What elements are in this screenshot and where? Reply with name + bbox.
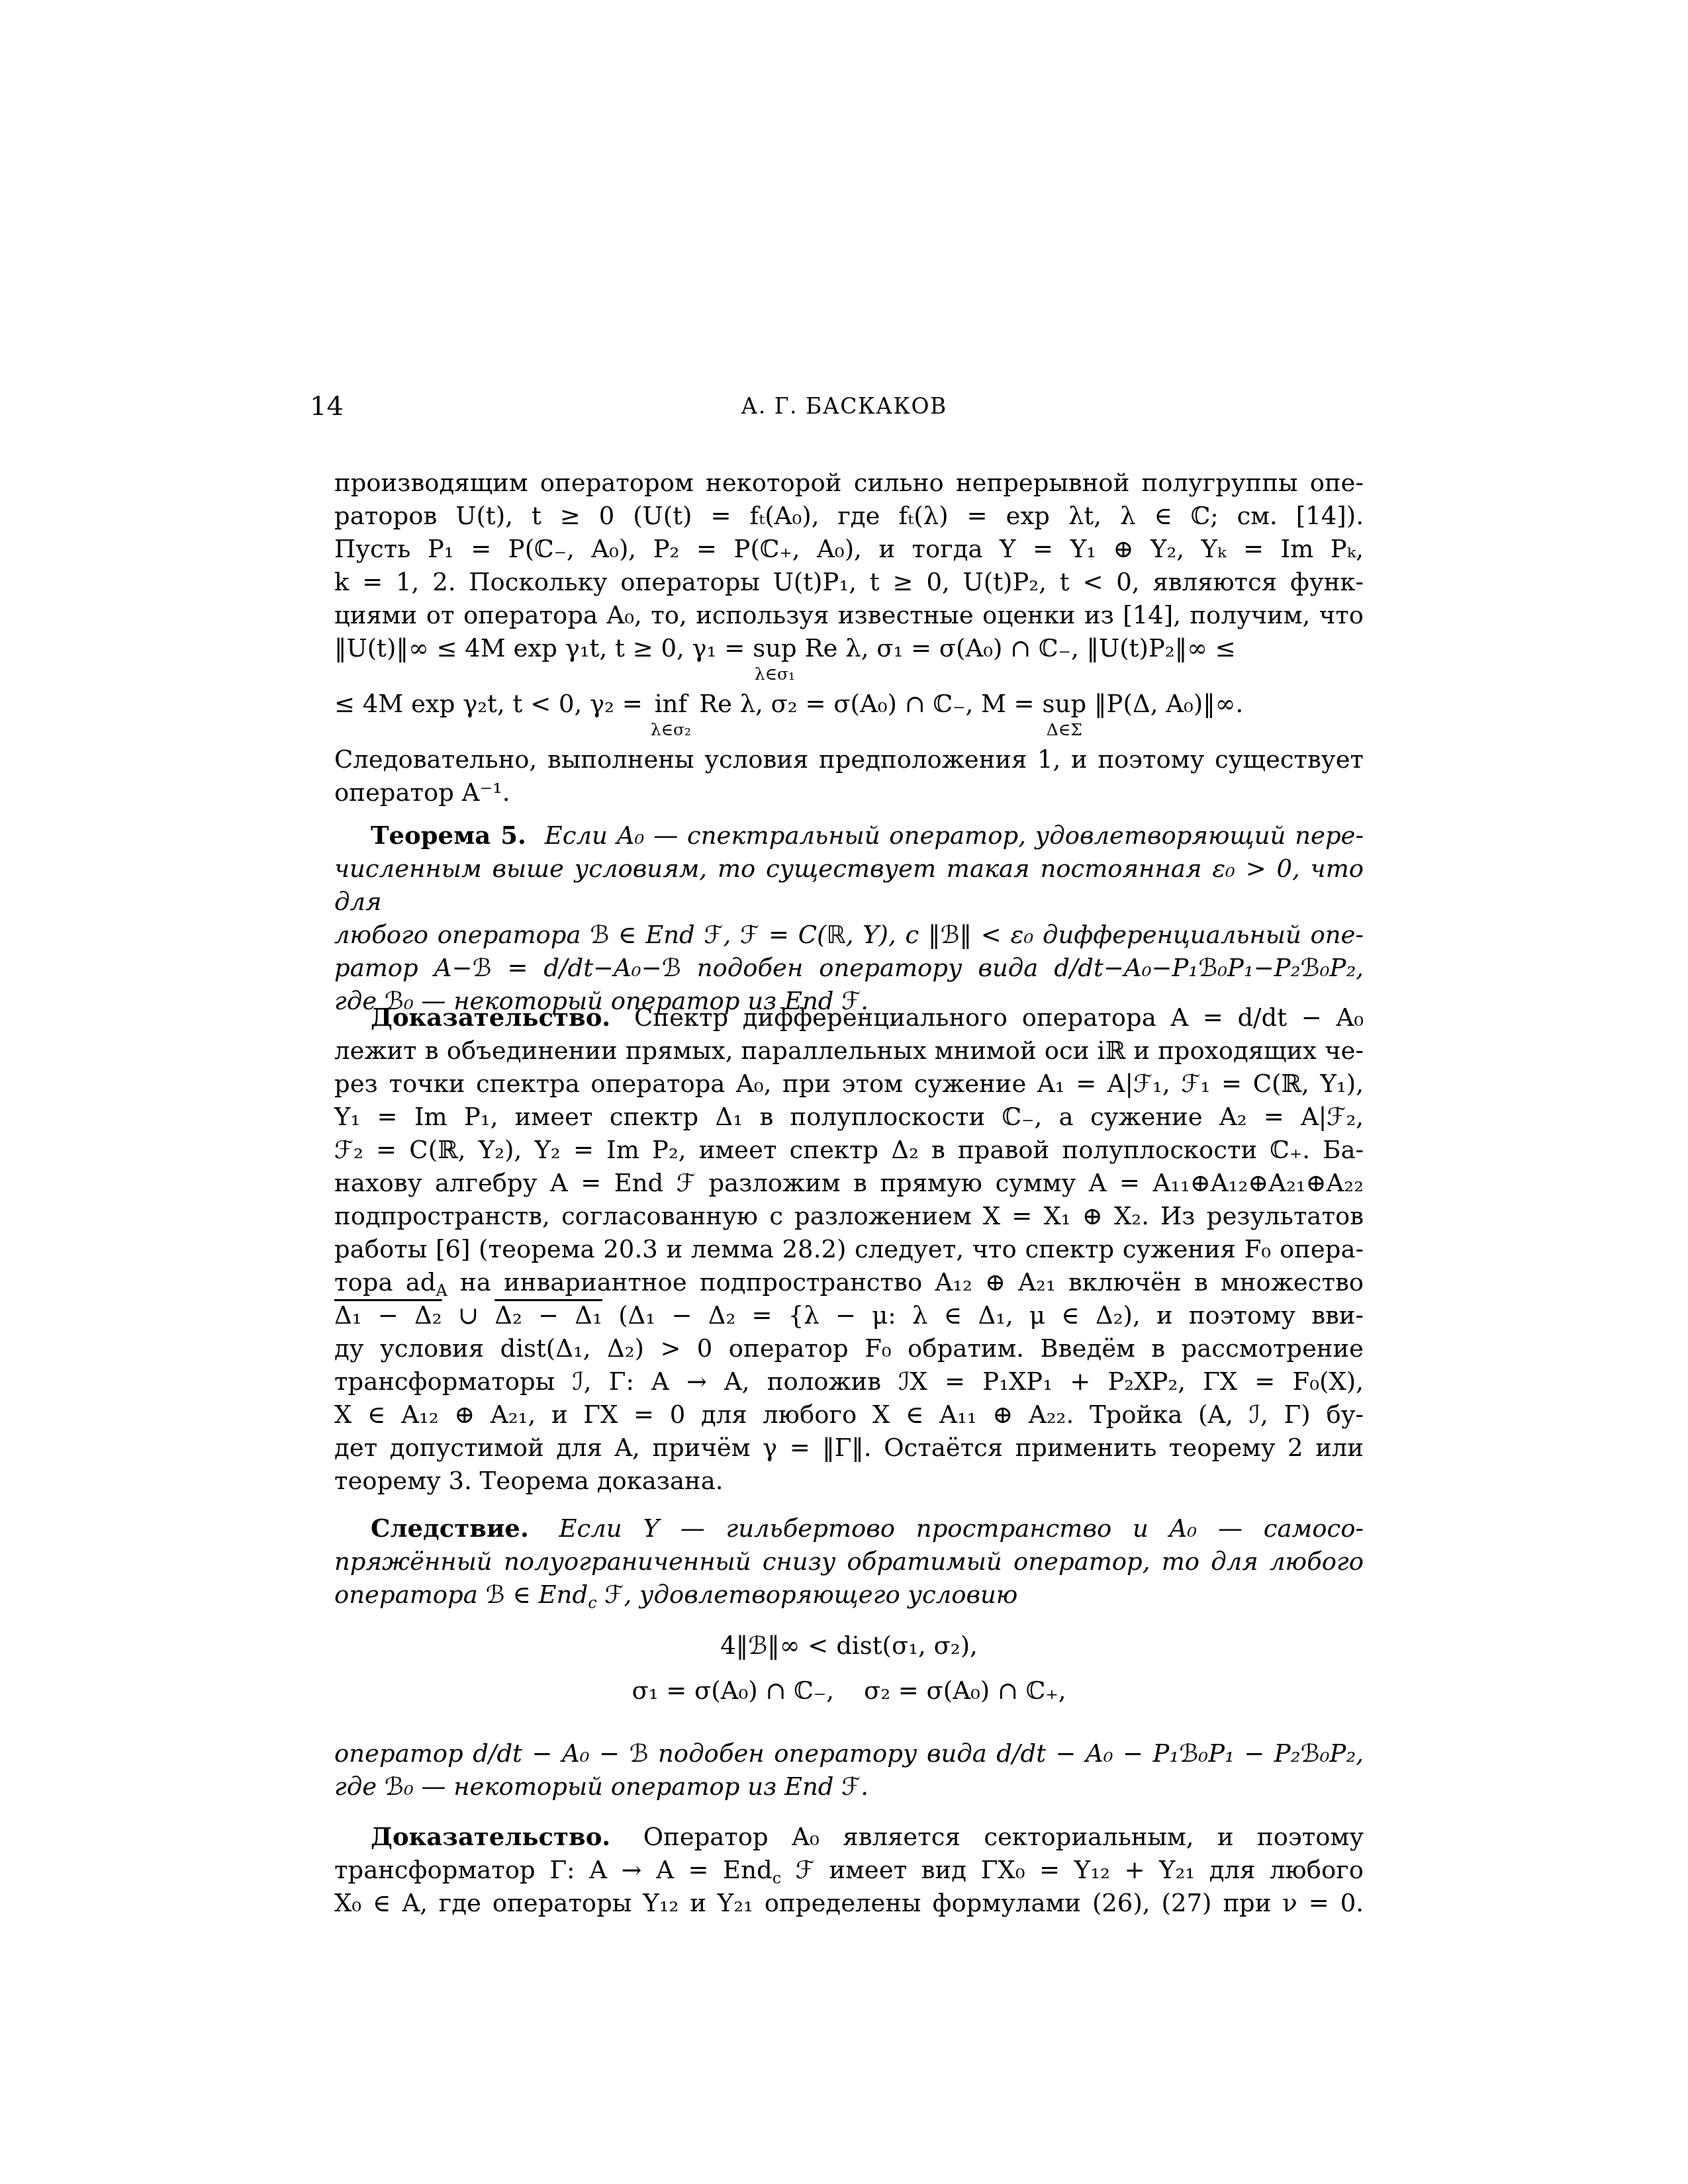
- text-line: производящим оператором некоторой сильно…: [334, 467, 1364, 500]
- text-line: Следовательно, выполнены условия предпол…: [334, 743, 1364, 776]
- corollary: Следствие. Если Y — гильбертово простран…: [334, 1512, 1364, 1612]
- subscript: c: [588, 1594, 596, 1612]
- text-line: где ℬ₀ — некоторый оператор из End ℱ.: [334, 1770, 1364, 1803]
- text-line: Δ₁ − Δ₂ ∪ Δ₂ − Δ₁ (Δ₁ − Δ₂ = {λ − μ: λ ∈…: [334, 1299, 1364, 1332]
- proof-2: Доказательство. Оператор A₀ является сек…: [334, 1820, 1364, 1920]
- text-line: X₀ ∈ A, где операторы Y₁₂ и Y₂₁ определе…: [334, 1887, 1364, 1920]
- formula-segment: ‖P(Δ, A₀)‖∞.: [1094, 688, 1243, 721]
- text-line: ду условия dist(Δ₁, Δ₂) > 0 оператор F₀ …: [334, 1332, 1364, 1365]
- text-line: Теорема 5. Если A₀ — спектральный операт…: [334, 819, 1364, 852]
- text-line: оператор d/dt − A₀ − ℬ подобен оператору…: [334, 1737, 1364, 1770]
- text-line: k = 1, 2. Поскольку операторы U(t)P₁, t …: [334, 566, 1364, 599]
- subscript: A: [436, 1281, 447, 1300]
- text-line: лежит в объединении прямых, параллельных…: [334, 1034, 1364, 1068]
- text-line: подпространств, согласованную с разложен…: [334, 1200, 1364, 1233]
- proof-heading: Доказательство.: [371, 1003, 610, 1032]
- formula-segment: ≤ 4M exp γ₂t, t < 0, γ₂ =: [334, 688, 643, 721]
- formula-segment: Re λ, σ₁ = σ(A₀) ∩ ℂ₋, ‖U(t)P₂‖∞ ≤: [805, 632, 1236, 665]
- text-line: ратор A−ℬ = d/dt−A₀−ℬ подобен оператору …: [334, 952, 1364, 985]
- text-line: численным выше условиям, то существует т…: [334, 852, 1364, 919]
- display-equations: 4‖ℬ‖∞ < dist(σ₁, σ₂), σ₁ = σ(A₀) ∩ ℂ₋,σ₂…: [334, 1629, 1364, 1707]
- text-line: тора adA на инвариантное подпространство…: [334, 1266, 1364, 1299]
- page-header: А. Г. БАСКАКОВ 14: [0, 392, 1688, 425]
- text-line: трансформаторы ℐ, Γ: A → A, положив ℐX =…: [334, 1365, 1364, 1398]
- proof-heading: Доказательство.: [371, 1822, 610, 1851]
- text-line: рез точки спектра оператора A₀, при этом…: [334, 1068, 1364, 1101]
- display-equation-1: 4‖ℬ‖∞ < dist(σ₁, σ₂),: [334, 1629, 1364, 1662]
- corollary-conclusion: оператор d/dt − A₀ − ℬ подобен оператору…: [334, 1737, 1364, 1803]
- text-line: трансформатор Γ: A → A = Endc ℱ имеет ви…: [334, 1854, 1364, 1887]
- sup-limit-operator: sup Δ∈Σ: [1043, 688, 1087, 739]
- display-equation-2: σ₁ = σ(A₀) ∩ ℂ₋,σ₂ = σ(A₀) ∩ ℂ₊,: [334, 1674, 1364, 1707]
- formula-segment: Re λ, σ₂ = σ(A₀) ∩ ℂ₋, M =: [699, 688, 1034, 721]
- text-line: Y₁ = Im P₁, имеет спектр Δ₁ в полуплоско…: [334, 1101, 1364, 1134]
- text-line: Следствие. Если Y — гильбертово простран…: [334, 1512, 1364, 1545]
- text-line: X ∈ A₁₂ ⊕ A₂₁, и ΓX = 0 для любого X ∈ A…: [334, 1398, 1364, 1432]
- text-line: Доказательство. Оператор A₀ является сек…: [334, 1820, 1364, 1854]
- page-number: 14: [310, 392, 344, 421]
- intro-paragraph: производящим оператором некоторой сильно…: [334, 467, 1364, 809]
- text-line: нахову алгебру A = End ℱ разложим в прям…: [334, 1167, 1364, 1200]
- text-line: оператор A⁻¹.: [334, 776, 1364, 809]
- text-line: циями от оператора A₀, то, используя изв…: [334, 599, 1364, 632]
- text-line: ℱ₂ = C(ℝ, Y₂), Y₂ = Im P₂, имеет спектр …: [334, 1134, 1364, 1167]
- text-line: Пусть P₁ = P(ℂ₋, A₀), P₂ = P(ℂ₊, A₀), и …: [334, 533, 1364, 566]
- proof-1: Доказательство. Спектр дифференциального…: [334, 1001, 1364, 1498]
- text-line: теорему 3. Теорема доказана.: [334, 1465, 1364, 1498]
- theorem-heading: Теорема 5.: [371, 821, 526, 850]
- running-head: А. Г. БАСКАКОВ: [0, 392, 1688, 421]
- scanned-paper-page: А. Г. БАСКАКОВ 14 производящим операторо…: [0, 0, 1688, 2184]
- subscript: c: [773, 1869, 781, 1888]
- overlined-set: Δ₁ − Δ₂: [334, 1301, 442, 1330]
- text-line: любого оператора ℬ ∈ End ℱ, ℱ = C(ℝ, Y),…: [334, 919, 1364, 952]
- overlined-set: Δ₂ − Δ₁: [494, 1301, 602, 1330]
- text-line: пряжённый полуограниченный снизу обратим…: [334, 1545, 1364, 1578]
- formula-line: ≤ 4M exp γ₂t, t < 0, γ₂ = inf λ∈σ₂ Re λ,…: [334, 688, 1364, 743]
- theorem-5: Теорема 5. Если A₀ — спектральный операт…: [334, 819, 1364, 1018]
- corollary-heading: Следствие.: [371, 1514, 529, 1543]
- text-line: раторов U(t), t ≥ 0 (U(t) = fₜ(A₀), где …: [334, 500, 1364, 533]
- formula-segment: ‖U(t)‖∞ ≤ 4M exp γ₁t, t ≥ 0, γ₁ =: [334, 632, 745, 665]
- text-line: дет допустимой для A, причём γ = ‖Γ‖. Ос…: [334, 1432, 1364, 1465]
- text-line: оператора ℬ ∈ Endc ℱ, удовлетворяющего у…: [334, 1578, 1364, 1612]
- text-line: работы [6] (теорема 20.3 и лемма 28.2) с…: [334, 1233, 1364, 1266]
- formula-line: ‖U(t)‖∞ ≤ 4M exp γ₁t, t ≥ 0, γ₁ = sup λ∈…: [334, 632, 1364, 688]
- inf-limit-operator: inf λ∈σ₂: [651, 688, 691, 739]
- sup-limit-operator: sup λ∈σ₁: [753, 632, 797, 683]
- text-line: Доказательство. Спектр дифференциального…: [334, 1001, 1364, 1034]
